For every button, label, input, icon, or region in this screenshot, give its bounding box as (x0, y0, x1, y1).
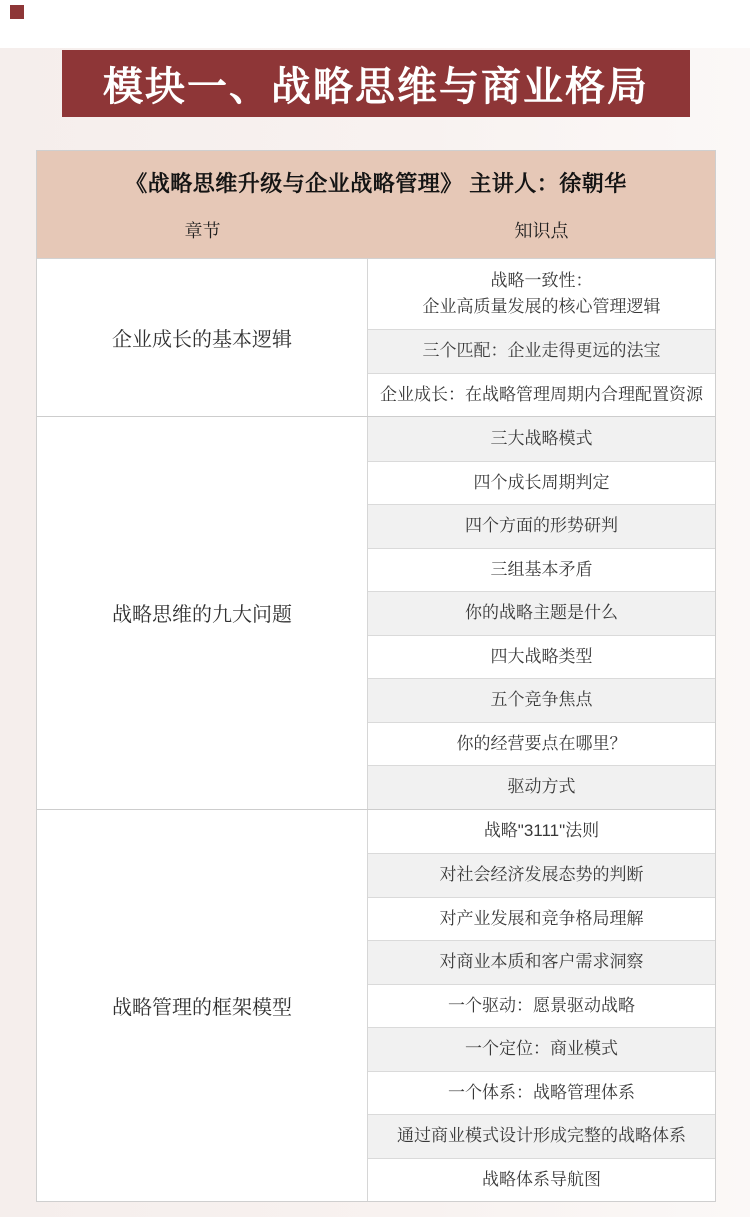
chapter-cell: 战略思维的九大问题 (37, 417, 368, 809)
knowledge-point-row: 三个匹配：企业走得更远的法宝 (368, 329, 715, 373)
knowledge-point-row: 对产业发展和竞争格局理解 (368, 897, 715, 941)
knowledge-point-row: 你的经营要点在哪里？ (368, 722, 715, 766)
corner-accent-square (10, 5, 24, 19)
chapter-group: 战略思维的九大问题三大战略模式四个成长周期判定四个方面的形势研判三组基本矛盾你的… (37, 416, 715, 809)
table-body: 企业成长的基本逻辑战略一致性： 企业高质量发展的核心管理逻辑三个匹配：企业走得更… (37, 259, 715, 1201)
knowledge-point-row: 驱动方式 (368, 765, 715, 809)
knowledge-point-row: 通过商业模式设计形成完整的战略体系 (368, 1114, 715, 1158)
column-headers-row: 章节 知识点 (37, 213, 715, 258)
table-title: 《战略思维升级与企业战略管理》 主讲人：徐朝华 (37, 151, 715, 213)
knowledge-point-row: 战略一致性： 企业高质量发展的核心管理逻辑 (368, 259, 715, 329)
chapter-cell: 战略管理的框架模型 (37, 810, 368, 1202)
chapter-group: 战略管理的框架模型战略"3111"法则对社会经济发展态势的判断对产业发展和竞争格… (37, 809, 715, 1202)
knowledge-point-row: 四大战略类型 (368, 635, 715, 679)
column-header-chapter: 章节 (37, 213, 368, 258)
knowledge-points-column: 战略"3111"法则对社会经济发展态势的判断对产业发展和竞争格局理解对商业本质和… (368, 810, 715, 1202)
knowledge-point-row: 一个体系：战略管理体系 (368, 1071, 715, 1115)
chapter-group: 企业成长的基本逻辑战略一致性： 企业高质量发展的核心管理逻辑三个匹配：企业走得更… (37, 259, 715, 416)
module-banner-title: 模块一、战略思维与商业格局 (103, 55, 649, 112)
knowledge-point-row: 对社会经济发展态势的判断 (368, 853, 715, 897)
knowledge-point-row: 三大战略模式 (368, 417, 715, 461)
knowledge-point-row: 企业成长：在战略管理周期内合理配置资源 (368, 373, 715, 417)
knowledge-point-row: 四个方面的形势研判 (368, 504, 715, 548)
course-table: 《战略思维升级与企业战略管理》 主讲人：徐朝华 章节 知识点 企业成长的基本逻辑… (36, 150, 716, 1202)
knowledge-points-column: 三大战略模式四个成长周期判定四个方面的形势研判三组基本矛盾你的战略主题是什么四大… (368, 417, 715, 809)
knowledge-point-row: 五个竞争焦点 (368, 678, 715, 722)
knowledge-point-row: 一个驱动：愿景驱动战略 (368, 984, 715, 1028)
knowledge-points-column: 战略一致性： 企业高质量发展的核心管理逻辑三个匹配：企业走得更远的法宝企业成长：… (368, 259, 715, 416)
knowledge-point-row: 战略"3111"法则 (368, 810, 715, 854)
knowledge-point-row: 一个定位：商业模式 (368, 1027, 715, 1071)
knowledge-point-row: 四个成长周期判定 (368, 461, 715, 505)
table-header: 《战略思维升级与企业战略管理》 主讲人：徐朝华 章节 知识点 (37, 151, 715, 259)
column-header-knowledge: 知识点 (368, 213, 715, 258)
knowledge-point-row: 三组基本矛盾 (368, 548, 715, 592)
module-banner: 模块一、战略思维与商业格局 (62, 50, 690, 117)
knowledge-point-row: 你的战略主题是什么 (368, 591, 715, 635)
knowledge-point-row: 战略体系导航图 (368, 1158, 715, 1202)
knowledge-point-row: 对商业本质和客户需求洞察 (368, 940, 715, 984)
chapter-cell: 企业成长的基本逻辑 (37, 259, 368, 416)
